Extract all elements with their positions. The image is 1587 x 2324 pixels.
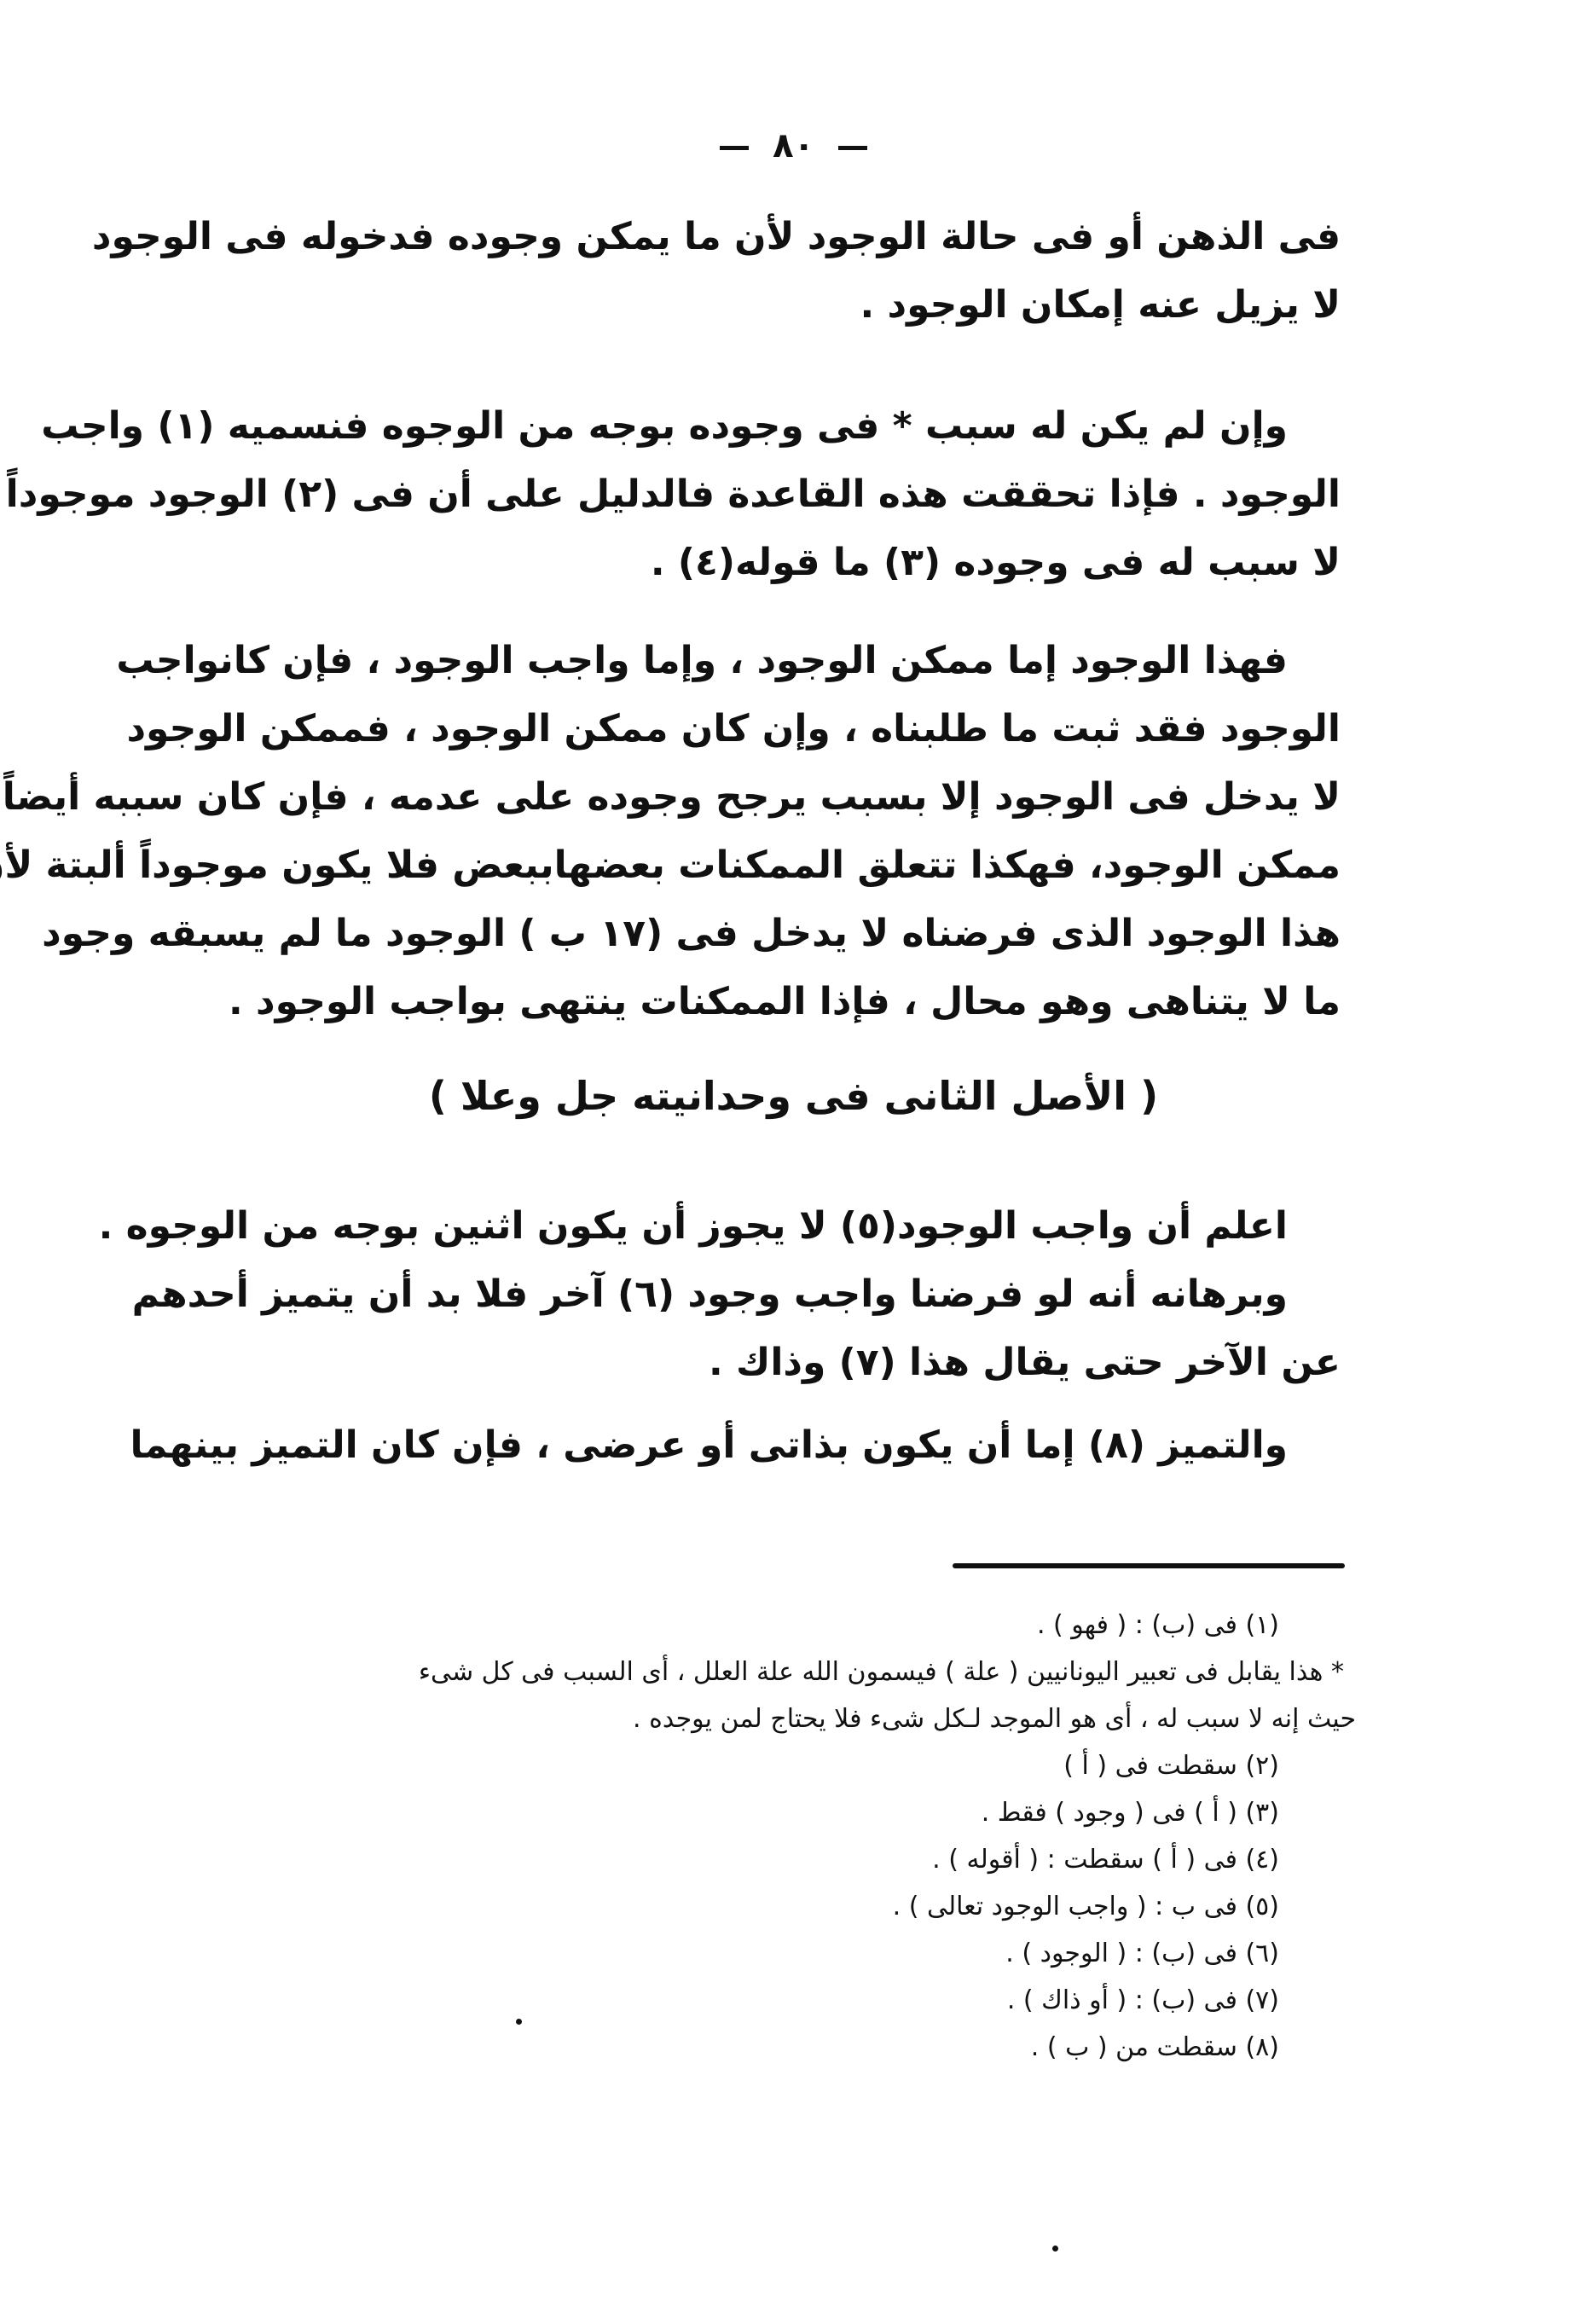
- paragraph-line: ممكن الوجود، فهكذا تتعلق الممكنات بعضهاب…: [240, 832, 1341, 900]
- scanned-page: ٨٠ فى الذهن أو فى حالة الوجود لأن ما يمك…: [0, 0, 1587, 2324]
- scan-speck: [1052, 2246, 1058, 2252]
- page-number: ٨٠: [0, 126, 1587, 165]
- page-number-text: ٨٠: [773, 126, 814, 165]
- footnote-8: (٨) سقطت من ( ب ) .: [230, 2024, 1356, 2071]
- paragraph-line: والتميز (٨) إما أن يكون بذاتى أو عرضى ، …: [240, 1411, 1341, 1480]
- footnote-3: (٣) ( أ ) فى ( وجود ) فقط .: [230, 1789, 1356, 1836]
- paragraph-5: والتميز (٨) إما أن يكون بذاتى أو عرضى ، …: [240, 1411, 1341, 1480]
- paragraph-line: الوجود . فإذا تحققت هذه القاعدة فالدليل …: [240, 461, 1341, 529]
- paragraph-line: هذا الوجود الذى فرضناه لا يدخل فى (١٧ ب …: [240, 900, 1341, 968]
- footnote-2: (٢) سقطت فى ( أ ): [230, 1742, 1356, 1789]
- paragraph-line: ما لا يتناهى وهو محال ، فإذا الممكنات ين…: [240, 968, 1341, 1036]
- paragraph-line: الوجود فقد ثبت ما طلبناه ، وإن كان ممكن …: [240, 695, 1341, 763]
- paragraph-line: اعلم أن واجب الوجود(٥) لا يجوز أن يكون ا…: [240, 1192, 1341, 1261]
- page-number-dash-left: [838, 146, 867, 150]
- page-number-dash-right: [720, 146, 749, 150]
- paragraph-3: فهذا الوجود إما ممكن الوجود ، وإما واجب …: [240, 627, 1341, 1036]
- paragraph-line: لا يزيل عنه إمكان الوجود .: [240, 271, 1341, 339]
- footnote-5: (٥) فى ب : ( واجب الوجود تعالى ) .: [230, 1883, 1356, 1930]
- paragraph-line: لا سبب له فى وجوده (٣) ما قوله(٤) .: [240, 529, 1341, 597]
- footnote-star: * هذا يقابل فى تعبير اليونانيين ( علة ) …: [230, 1649, 1356, 1695]
- paragraph-line: فهذا الوجود إما ممكن الوجود ، وإما واجب …: [240, 627, 1341, 695]
- paragraph-2: وإن لم يكن له سبب * فى وجوده بوجه من الو…: [240, 392, 1341, 597]
- footnote-4: (٤) فى ( أ ) سقطت : ( أقوله ) .: [230, 1836, 1356, 1883]
- paragraph-1: فى الذهن أو فى حالة الوجود لأن ما يمكن و…: [240, 203, 1341, 339]
- footnote-6: (٦) فى (ب) : ( الوجود ) .: [230, 1930, 1356, 1977]
- paragraph-line: وإن لم يكن له سبب * فى وجوده بوجه من الو…: [240, 392, 1341, 461]
- paragraph-line: فى الذهن أو فى حالة الوجود لأن ما يمكن و…: [240, 203, 1341, 271]
- footnote-7: (٧) فى (ب) : ( أو ذاك ) .: [230, 1977, 1356, 2024]
- footnote-star-continuation: حيث إنه لا سبب له ، أى هو الموجد لـكل شى…: [230, 1695, 1356, 1742]
- scan-speck: [516, 2019, 522, 2025]
- paragraph-line: لا يدخل فى الوجود إلا بسبب يرجح وجوده عل…: [240, 763, 1341, 832]
- section-heading: ( الأصل الثانى فى وحدانيته جل وعلا ): [0, 1066, 1587, 1126]
- paragraph-line: عن الآخر حتى يقال هذا (٧) وذاك .: [240, 1329, 1341, 1397]
- paragraph-line: وبرهانه أنه لو فرضنا واجب وجود (٦) آخر ف…: [240, 1261, 1341, 1329]
- footnotes: (١) فى (ب) : ( فهو ) . * هذا يقابل فى تع…: [230, 1602, 1356, 2071]
- paragraph-4: اعلم أن واجب الوجود(٥) لا يجوز أن يكون ا…: [240, 1192, 1341, 1397]
- footnote-1: (١) فى (ب) : ( فهو ) .: [230, 1602, 1356, 1649]
- footnote-separator: [953, 1563, 1345, 1568]
